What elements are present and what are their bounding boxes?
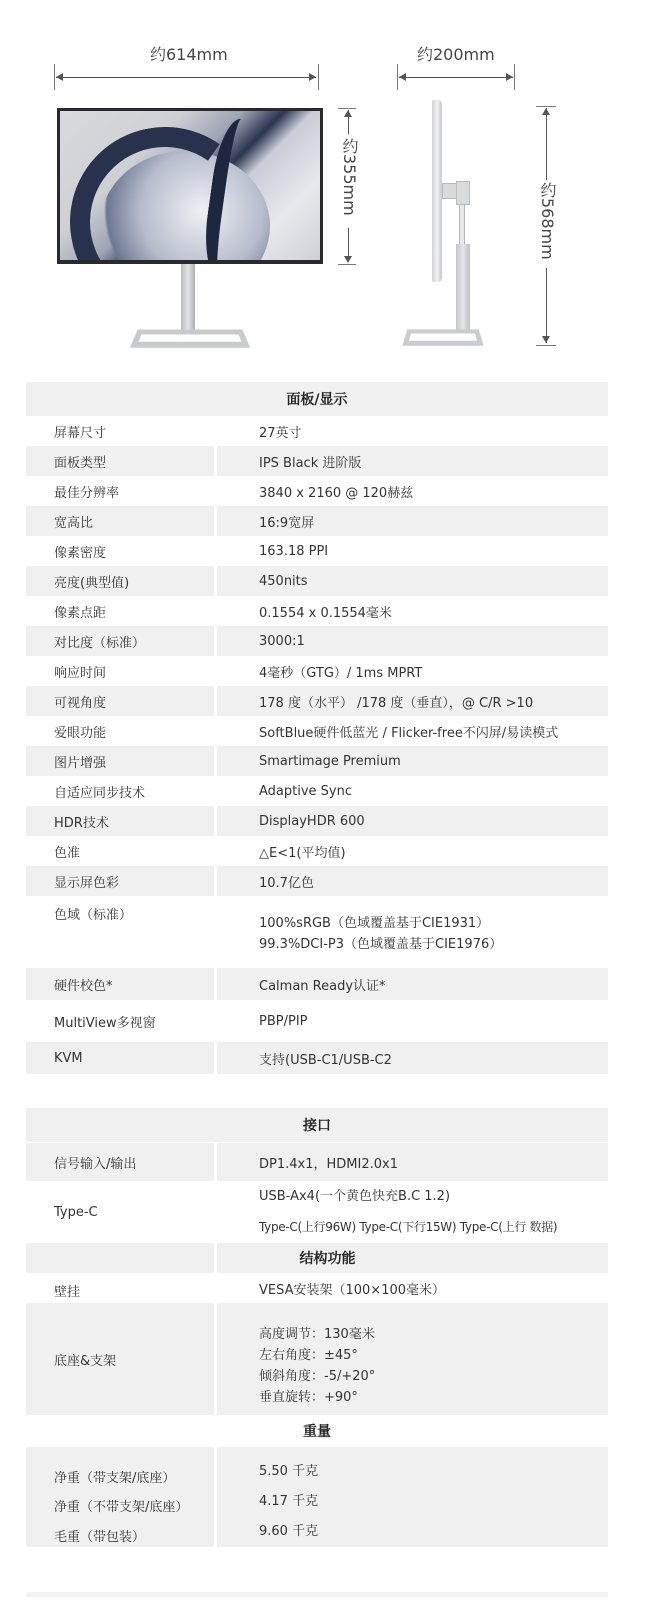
spec-row-wall-mount: 壁挂 VESA安装架（100×100毫米） — [26, 1273, 608, 1303]
spec-value: 支持(USB-C1/USB-C2 — [217, 1042, 608, 1074]
spec-value-line: 左右角度：±45° — [259, 1345, 358, 1366]
spec-row-kvm: KVM 支持(USB-C1/USB-C2 — [26, 1042, 608, 1074]
spec-value-line: 100%sRGB（色域覆盖基于CIE1931） — [259, 913, 489, 934]
arrow-down-icon — [344, 256, 352, 263]
spec-value: DP1.4x1，HDMI2.0x1 — [217, 1143, 608, 1181]
monitor-stand-base — [130, 330, 250, 348]
spec-label: 亮度(典型值) — [26, 566, 214, 596]
spec-value: DisplayHDR 600 — [217, 806, 608, 836]
spec-row-signal-io: 信号输入/输出 DP1.4x1，HDMI2.0x1 — [26, 1143, 608, 1181]
spec-row-hardware-calibration: 硬件校色* Calman Ready认证* — [26, 968, 608, 1000]
spec-value: 178 度（水平） /178 度（垂直），@ C/R >10 — [217, 686, 608, 716]
spec-value: IPS Black 进阶版 — [217, 446, 608, 476]
spec-label: 爱眼功能 — [26, 716, 214, 746]
spec-value: VESA安装架（100×100毫米） — [217, 1273, 608, 1303]
spec-table: 面板/显示 屏幕尺寸 27英寸 面板类型 IPS Black 进阶版 最佳分辨率… — [26, 382, 608, 1547]
arrow-right-icon — [506, 73, 513, 81]
spec-label: 毛重（带包装） — [54, 1523, 145, 1553]
spec-value: USB-Ax4(一个黄色快充B.C 1.2) Type-C(上行96W) Typ… — [217, 1181, 608, 1243]
spec-label: Type-C — [26, 1181, 214, 1243]
monitor-side-view-panel — [432, 100, 442, 282]
spec-label: HDR技术 — [26, 806, 214, 836]
monitor-stand-neck — [181, 264, 195, 332]
width-dimension-line — [56, 77, 316, 78]
spec-label: KVM — [26, 1042, 214, 1074]
spec-value-line: Type-C(上行96W) Type-C(下行15W) Type-C(上行 数据… — [259, 1212, 557, 1242]
spec-row-pixel-pitch: 像素点距 0.1554 x 0.1554毫米 — [26, 596, 608, 626]
spec-value: 4毫秒（GTG）/ 1ms MPRT — [217, 656, 608, 686]
spec-row-multiview: MultiView多视窗 PBP/PIP — [26, 1000, 608, 1042]
spec-label: 图片增强 — [26, 746, 214, 776]
spec-value-line: 高度调节：130毫米 — [259, 1324, 375, 1345]
spec-value: 高度调节：130毫米 左右角度：±45° 倾斜角度：-5/+20° 垂直旋转：+… — [217, 1303, 608, 1415]
spec-value-line: USB-Ax4(一个黄色快充B.C 1.2) — [259, 1182, 450, 1212]
depth-dimension-line — [399, 77, 513, 78]
spec-row-color-gamut: 色域（标准） 100%sRGB（色域覆盖基于CIE1931） 99.3%DCI-… — [26, 896, 608, 968]
total-height-line-top — [546, 108, 547, 180]
spec-row-eye-care: 爱眼功能 SoftBlue硬件低蓝光 / Flicker-free不闪屏/易读模… — [26, 716, 608, 746]
dimension-diagram: 约614mm 约200mm 约355mm 约568mm — [0, 0, 650, 370]
spec-label: MultiView多视窗 — [26, 1000, 214, 1042]
spec-label: 信号输入/输出 — [26, 1143, 214, 1181]
depth-tick-left — [397, 64, 398, 90]
arrow-left-icon — [399, 73, 406, 81]
section-title: 面板/显示 — [286, 389, 347, 409]
monitor-side-base — [402, 329, 483, 345]
spec-label: 响应时间 — [26, 656, 214, 686]
spec-value: Smartimage Premium — [217, 746, 608, 776]
screen-height-tick-top — [338, 108, 356, 109]
spec-value: 163.18 PPI — [217, 536, 608, 566]
spec-label: 自适应同步技术 — [26, 776, 214, 806]
section-header-ports: 接口 — [26, 1108, 608, 1142]
total-height-dimension-label: 约568mm — [536, 182, 559, 260]
spec-row-display-colors: 显示屏色彩 10.7亿色 — [26, 866, 608, 896]
section-header-panel-display: 面板/显示 — [26, 382, 608, 416]
section-title: 结构功能 — [300, 1248, 356, 1268]
spec-row-screen-size: 屏幕尺寸 27英寸 — [26, 416, 608, 446]
section-title: 重量 — [303, 1421, 331, 1441]
spec-label: 色域（标准） — [26, 896, 214, 968]
total-height-tick-bottom — [536, 345, 556, 346]
spec-row-weight-group: 净重（带支架/底座） 净重（不带支架/底座） 毛重（带包装） 5.50 千克 4… — [26, 1447, 608, 1547]
monitor-front-view — [57, 108, 323, 264]
screen-height-dimension-label: 约355mm — [338, 138, 361, 216]
spec-label: 对比度（标准） — [26, 626, 214, 656]
monitor-side-rail — [459, 205, 465, 245]
spec-label: 面板类型 — [26, 446, 214, 476]
spec-value: △E<1(平均值) — [217, 836, 608, 866]
section-header-weight: 重量 — [26, 1415, 608, 1447]
monitor-side-arm — [456, 181, 470, 205]
depth-dimension-label: 约200mm — [417, 42, 495, 65]
arrow-right-icon — [309, 73, 316, 81]
spec-value-line: 垂直旋转：+90° — [259, 1387, 358, 1408]
spec-label: 色准 — [26, 836, 214, 866]
spec-value: PBP/PIP — [217, 1000, 608, 1042]
spec-label: 像素密度 — [26, 536, 214, 566]
spec-label: 底座&支架 — [26, 1303, 214, 1415]
spec-row-image-enhancement: 图片增强 Smartimage Premium — [26, 746, 608, 776]
spec-value: 4.17 千克 — [259, 1487, 318, 1517]
spec-value: 16:9宽屏 — [217, 506, 608, 536]
spec-value: 100%sRGB（色域覆盖基于CIE1931） 99.3%DCI-P3（色域覆盖… — [217, 896, 608, 968]
screen-height-tick-bottom — [338, 264, 356, 265]
footer-divider — [26, 1592, 608, 1597]
monitor-screen-wallpaper — [60, 111, 320, 260]
spec-value: 5.50 千克 — [259, 1457, 318, 1487]
spec-value: 9.60 千克 — [259, 1517, 318, 1547]
spec-value: Adaptive Sync — [217, 776, 608, 806]
section-header-structure: 结构功能 — [26, 1243, 608, 1273]
total-height-line-bottom — [546, 268, 547, 343]
spec-label: 硬件校色* — [26, 968, 214, 1000]
spec-label: 屏幕尺寸 — [26, 416, 214, 446]
spec-value: 450nits — [217, 566, 608, 596]
spec-row-resolution: 最佳分辨率 3840 x 2160 @ 120赫兹 — [26, 476, 608, 506]
spec-row-adaptive-sync: 自适应同步技术 Adaptive Sync — [26, 776, 608, 806]
spec-value: Calman Ready认证* — [217, 968, 608, 1000]
spec-value-line: 99.3%DCI-P3（色域覆盖基于CIE1976） — [259, 934, 502, 955]
spec-row-color-accuracy: 色准 △E<1(平均值) — [26, 836, 608, 866]
arrow-left-icon — [56, 73, 63, 81]
spec-label: 净重（带支架/底座） — [54, 1465, 175, 1493]
spec-value: 3840 x 2160 @ 120赫兹 — [217, 476, 608, 506]
spec-label: 可视角度 — [26, 686, 214, 716]
section-spacer — [26, 1074, 608, 1108]
spec-label: 净重（不带支架/底座） — [54, 1493, 188, 1523]
spec-value: 0.1554 x 0.1554毫米 — [217, 596, 608, 626]
spec-row-hdr: HDR技术 DisplayHDR 600 — [26, 806, 608, 836]
spec-row-stand: 底座&支架 高度调节：130毫米 左右角度：±45° 倾斜角度：-5/+20° … — [26, 1303, 608, 1415]
spec-value-line: 倾斜角度：-5/+20° — [259, 1366, 375, 1387]
spec-row-type-c: Type-C USB-Ax4(一个黄色快充B.C 1.2) Type-C(上行9… — [26, 1181, 608, 1243]
section-title: 接口 — [303, 1115, 331, 1135]
spec-row-viewing-angle: 可视角度 178 度（水平） /178 度（垂直），@ C/R >10 — [26, 686, 608, 716]
width-tick-left — [54, 64, 55, 90]
spec-row-pixel-density: 像素密度 163.18 PPI — [26, 536, 608, 566]
monitor-side-column — [456, 244, 470, 340]
spec-row-brightness: 亮度(典型值) 450nits — [26, 566, 608, 596]
spec-label: 宽高比 — [26, 506, 214, 536]
width-dimension-label: 约614mm — [150, 42, 228, 65]
total-height-tick-top — [536, 106, 556, 107]
arrow-down-icon — [542, 336, 550, 343]
depth-tick-right — [514, 64, 515, 90]
spec-row-aspect-ratio: 宽高比 16:9宽屏 — [26, 506, 608, 536]
spec-value: 3000:1 — [217, 626, 608, 656]
spec-label: 最佳分辨率 — [26, 476, 214, 506]
spec-label: 像素点距 — [26, 596, 214, 626]
arrow-up-icon — [542, 108, 550, 115]
spec-label: 壁挂 — [26, 1273, 214, 1303]
spec-value: 10.7亿色 — [217, 866, 608, 896]
spec-row-contrast: 对比度（标准） 3000:1 — [26, 626, 608, 656]
spec-row-response-time: 响应时间 4毫秒（GTG）/ 1ms MPRT — [26, 656, 608, 686]
spec-value: 27英寸 — [217, 416, 608, 446]
spec-value: SoftBlue硬件低蓝光 / Flicker-free不闪屏/易读模式 — [217, 716, 608, 746]
spec-row-panel-type: 面板类型 IPS Black 进阶版 — [26, 446, 608, 476]
width-tick-right — [318, 64, 319, 90]
arrow-up-icon — [344, 110, 352, 117]
spec-label: 显示屏色彩 — [26, 866, 214, 896]
